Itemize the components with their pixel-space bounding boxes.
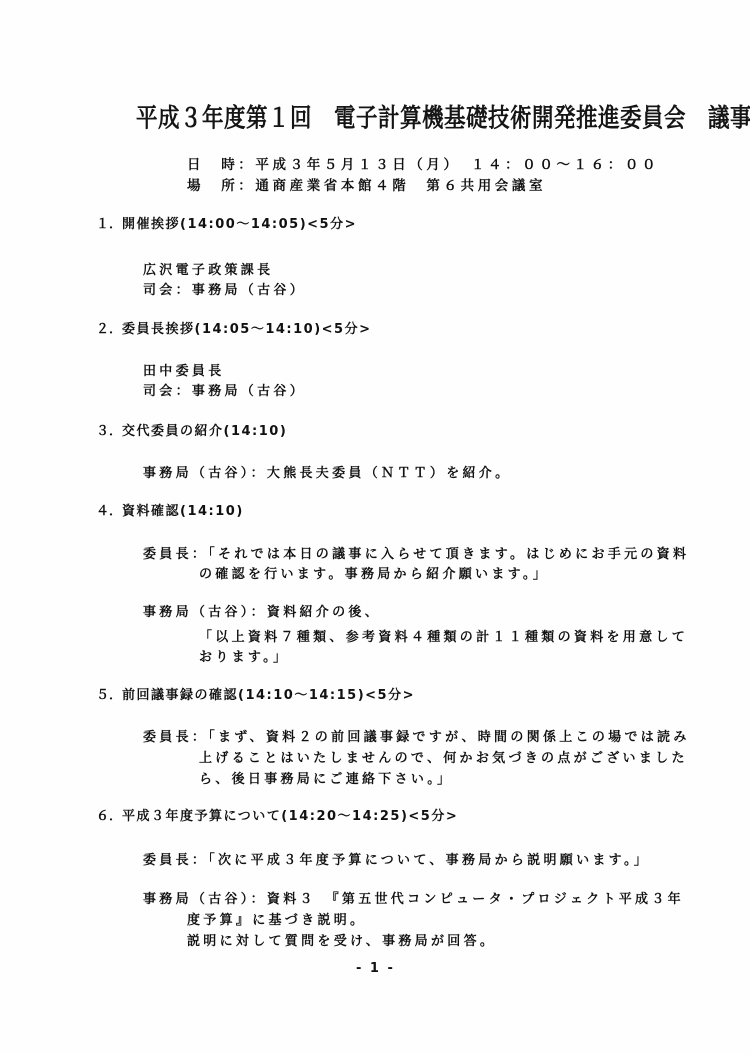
section-5-heading: ５．前回議事録の確認(14:10～14:15)<5分> — [96, 684, 415, 703]
section-5-line: ら、後日事務局にご連絡下さい。」 — [199, 768, 453, 787]
section-title: 平成３年度予算について(14:20～14:25)<5分> — [122, 809, 458, 824]
section-1-heading: １．開催挨拶(14:00～14:05)<5分> — [96, 213, 357, 232]
section-6-line: 事務局（古谷）：資料３ 『第五世代コンピュータ・プロジェクト平成３年 — [143, 888, 684, 907]
section-6-heading: ６．平成３年度予算について(14:20～14:25)<5分> — [96, 805, 458, 824]
section-3-heading: ３．交代委員の紹介(14:10) — [96, 420, 287, 439]
section-number: ３． — [96, 420, 122, 439]
section-title: 資料確認(14:10) — [122, 504, 244, 519]
date-label: 日 時： — [187, 157, 255, 173]
section-6-line: 説明に対して質問を受け、事務局が回答。 — [187, 930, 496, 949]
section-4-heading: ４．資料確認(14:10) — [96, 500, 244, 519]
place-value: 通商産業省本館４階 第６共用会議室 — [255, 178, 546, 194]
section-title: 前回議事録の確認(14:10～14:15)<5分> — [122, 688, 415, 703]
document-title: 平成３年度第１回 電子計算機基礎技術開発推進委員会 議事進行メモ — [136, 98, 750, 135]
section-6-line: 度予算』に基づき説明。 — [187, 909, 366, 928]
page-number: - 1 - — [356, 961, 395, 976]
section-4-line: 委員長：「それでは本日の議事に入らせて頂きます。はじめにお手元の資料 — [143, 543, 689, 562]
section-title: 開催挨拶(14:00～14:05)<5分> — [122, 217, 357, 232]
section-4-line: 「以上資料７種類、参考資料４種類の計１１種類の資料を用意して — [199, 626, 688, 645]
section-4-line: 事務局（古谷）：資料紹介の後、 — [143, 601, 381, 620]
section-number: ２． — [96, 318, 122, 337]
place-label: 場 所： — [187, 178, 255, 194]
section-1-line: 司会：事務局（古谷） — [143, 279, 306, 298]
section-3-line: 事務局（古谷）：大熊長夫委員（ＮＴＴ）を紹介。 — [143, 462, 511, 481]
section-6-line: 委員長：「次に平成３年度予算について、事務局から説明願います。」 — [143, 849, 650, 868]
section-title: 交代委員の紹介(14:10) — [122, 424, 287, 439]
section-number: ６． — [96, 805, 122, 824]
section-1-line: 広沢電子政策課長 — [143, 259, 273, 278]
section-4-line: の確認を行います。事務局から紹介願います。」 — [199, 563, 549, 582]
section-2-heading: ２．委員長挨拶(14:05～14:10)<5分> — [96, 318, 371, 337]
meta-place: 場 所：通商産業省本館４階 第６共用会議室 — [187, 174, 546, 194]
section-number: １． — [96, 213, 122, 232]
section-number: ４． — [96, 500, 122, 519]
date-value: 平成３年５月１３日（月） １４：００～１６：００ — [255, 157, 659, 173]
document-page: 平成３年度第１回 電子計算機基礎技術開発推進委員会 議事進行メモ 日 時：平成３… — [0, 0, 750, 1054]
section-5-line: 委員長：「まず、資料２の前回議事録ですが、時間の関係上この場では読み — [143, 726, 690, 745]
section-2-line: 司会：事務局（古谷） — [143, 380, 306, 399]
section-number: ５． — [96, 684, 122, 703]
section-2-line: 田中委員長 — [143, 360, 225, 379]
section-5-line: 上げることはいたしませんので、何かお気づきの点がございました — [199, 747, 688, 766]
meta-date: 日 時：平成３年５月１３日（月） １４：００～１６：００ — [187, 153, 659, 173]
section-4-line: おります。」 — [199, 646, 289, 665]
section-title: 委員長挨拶(14:05～14:10)<5分> — [122, 322, 371, 337]
